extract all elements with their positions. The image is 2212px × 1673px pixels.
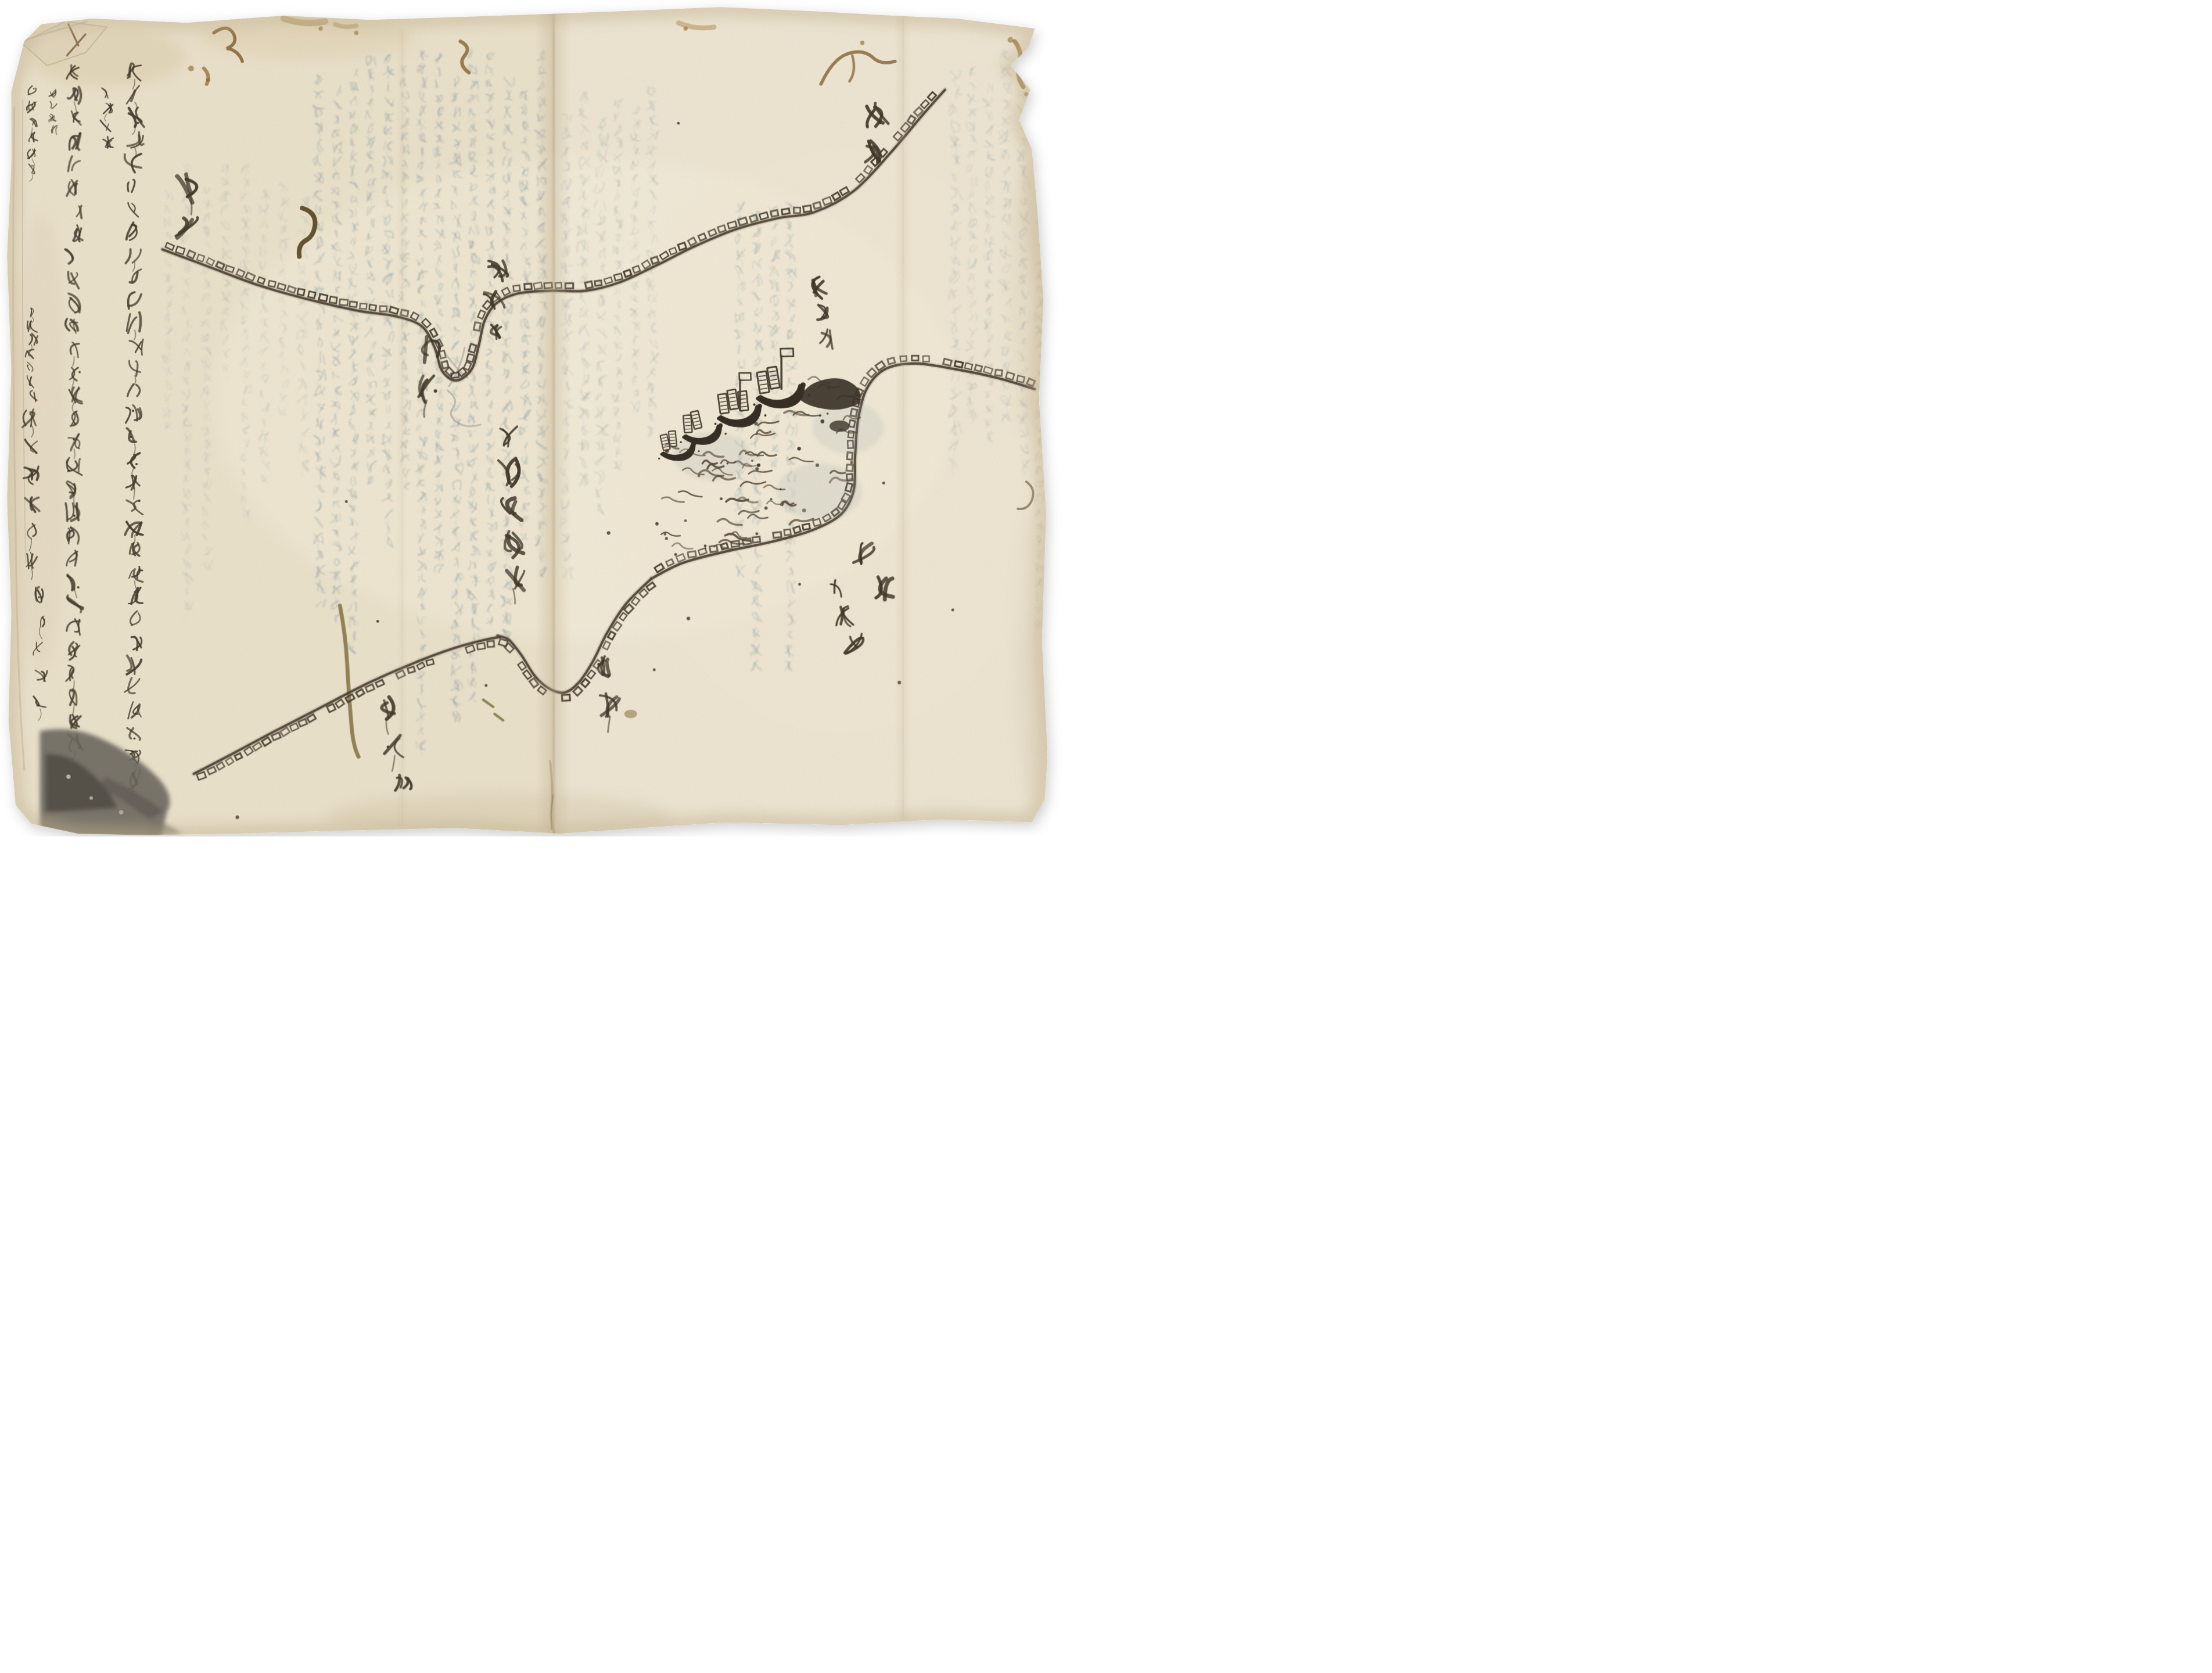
manuscript-photo: 品川川崎御固場洲崎杭上ゟ酉ニ上総〇冨津御臺場房州御臺場右図之通〇揚〇次第〇殿〇〇… xyxy=(0,0,1106,836)
map-drawing xyxy=(0,0,1106,836)
creases-and-texture xyxy=(0,0,1106,836)
